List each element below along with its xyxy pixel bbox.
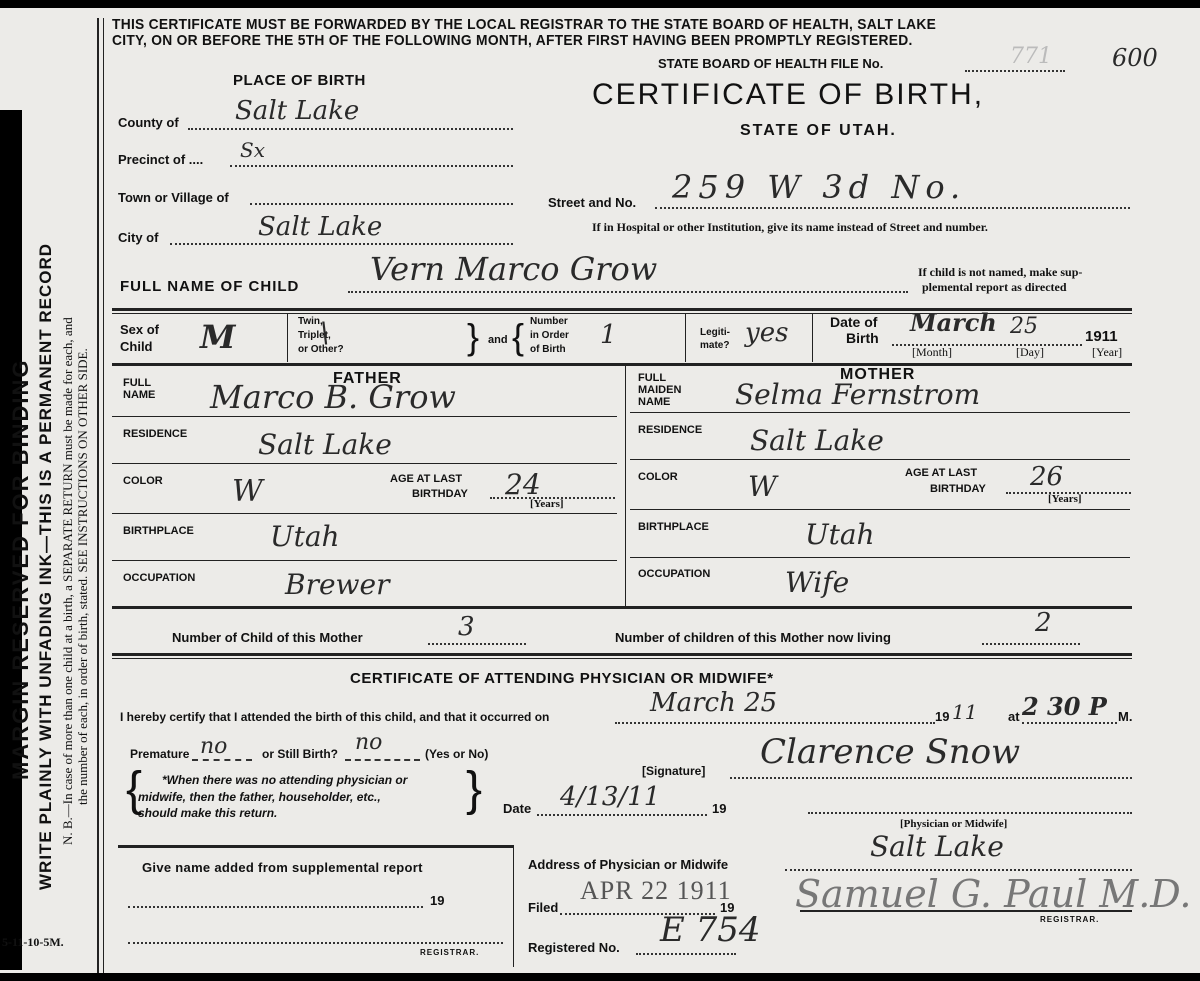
occurred-date-line (615, 722, 935, 724)
child-name-label: FULL NAME OF CHILD (120, 278, 299, 295)
address-line (785, 869, 1132, 871)
father-age-value[interactable]: 24 (505, 468, 541, 501)
supplemental-right-rule (513, 845, 514, 967)
city-line (170, 243, 513, 245)
order-value[interactable]: 1 (600, 320, 617, 350)
living-value[interactable]: 2 (1035, 608, 1052, 638)
forward-notice-line1: THIS CERTIFICATE MUST BE FORWARDED BY TH… (112, 16, 936, 33)
mother-occupation-label: OCCUPATION (638, 568, 710, 580)
nb-note-line1: N. B.—In case of more than one child at … (60, 317, 76, 845)
registrar-signature: Samuel G. Paul M.D. (795, 872, 1191, 916)
sex-value[interactable]: M (200, 318, 235, 356)
rule-sex-bottom (112, 363, 1132, 366)
rule-parents-bottom (112, 606, 1132, 609)
sex-label-2: Child (120, 339, 153, 354)
supplemental-year-prefix: 19 (430, 893, 444, 908)
row-rule (630, 412, 1130, 413)
margin-rule (97, 18, 99, 973)
order-label-2: in Order (530, 330, 569, 341)
mother-color-label: COLOR (638, 471, 678, 483)
premature-line (192, 759, 252, 761)
child-number-value[interactable]: 3 (458, 612, 475, 642)
row-rule (112, 463, 617, 464)
address-label: Address of Physician or Midwife (528, 857, 728, 872)
precinct-value[interactable]: Sx (240, 138, 265, 162)
occurred-year-prefix: 19 (935, 709, 949, 724)
physician-caption: [Physician or Midwife] (900, 818, 1007, 830)
living-label: Number of children of this Mother now li… (615, 630, 891, 645)
father-color-label: COLOR (123, 475, 163, 487)
supplemental-heading: Give name added from supplemental report (142, 860, 423, 875)
physician-heading: CERTIFICATE OF ATTENDING PHYSICIAN OR MI… (350, 670, 774, 687)
place-of-birth-heading: PLACE OF BIRTH (233, 72, 366, 89)
occurred-year-suffix[interactable]: 11 (952, 700, 977, 724)
father-residence-label: RESIDENCE (123, 428, 187, 440)
occurred-date[interactable]: March 25 (650, 688, 777, 718)
divider (287, 314, 288, 362)
dob-year-caption: [Year] (1092, 345, 1122, 360)
address-value[interactable]: Salt Lake (870, 830, 1004, 863)
father-name-label-1: FULL (123, 377, 151, 389)
stillbirth-label: or Still Birth? (262, 747, 338, 761)
row-rule (630, 557, 1130, 558)
signature-label: [Signature] (642, 764, 705, 778)
dob-day[interactable]: 25 (1010, 314, 1038, 339)
brace-right: } (467, 316, 479, 358)
premature-label: Premature (130, 747, 189, 761)
nb-note-line2: the number of each, in order of birth, s… (75, 348, 91, 805)
father-name-label-2: NAME (123, 389, 155, 401)
rule-counts-bottom-2 (112, 658, 1132, 659)
street-value[interactable]: 259 W 3d No. (672, 168, 966, 206)
living-line (982, 643, 1080, 645)
mother-name-label-3: NAME (638, 396, 670, 408)
supplemental-top-rule (118, 845, 513, 848)
mother-age-label-1: AGE AT LAST (905, 467, 977, 479)
registrar-caption: REGISTRAR. (1040, 915, 1099, 924)
supplemental-line-2 (128, 942, 503, 944)
margin-rule-inner (103, 18, 104, 973)
precinct-line (230, 165, 513, 167)
file-no-line (965, 70, 1065, 72)
row-rule (630, 459, 1130, 460)
order-label-3: of Birth (530, 344, 566, 355)
county-value[interactable]: Salt Lake (235, 96, 359, 126)
legit-value[interactable]: yes (745, 318, 788, 348)
father-occupation-value[interactable]: Brewer (285, 568, 389, 601)
mother-occupation-value[interactable]: Wife (785, 566, 849, 599)
street-note: If in Hospital or other Institution, giv… (592, 220, 988, 235)
mother-color-value[interactable]: W (748, 470, 777, 503)
row-rule (112, 513, 617, 514)
signature-line (730, 777, 1132, 779)
mother-age-value[interactable]: 26 (1030, 462, 1063, 492)
registered-label: Registered No. (528, 940, 620, 955)
dob-label-1: Date of (830, 314, 877, 330)
city-label: City of (118, 230, 158, 245)
mother-residence-label: RESIDENCE (638, 424, 702, 436)
mother-birthplace-value[interactable]: Utah (805, 518, 875, 551)
rule-counts-bottom (112, 653, 1132, 656)
child-name-line (348, 291, 908, 293)
file-no-faint: 771 (1010, 44, 1052, 69)
forward-notice-line2: CITY, ON OR BEFORE THE 5TH OF THE FOLLOW… (112, 32, 913, 49)
footnote-brace-right: } (466, 766, 482, 814)
at-label: at (1008, 709, 1020, 724)
not-named-note-1: If child is not named, make sup- (918, 265, 1082, 280)
time-suffix: M. (1118, 709, 1132, 724)
footnote-line-2: midwife, then the father, householder, e… (138, 790, 381, 804)
sex-label-1: Sex of (120, 322, 159, 337)
street-label: Street and No. (548, 195, 636, 210)
father-occupation-label: OCCUPATION (123, 572, 195, 584)
city-value[interactable]: Salt Lake (258, 212, 382, 242)
dob-year[interactable]: 1911 (1085, 328, 1118, 345)
mother-name-label-2: MAIDEN (638, 384, 681, 396)
filed-label: Filed (528, 900, 558, 915)
yes-no-label: (Yes or No) (425, 747, 488, 761)
and-label: and (488, 334, 508, 346)
twin-value[interactable]: \ (320, 316, 329, 349)
filed-stamp: APR 22 1911 (580, 876, 732, 906)
county-label: County of (118, 115, 179, 130)
father-color-value[interactable]: W (232, 474, 263, 509)
order-label-1: Number (530, 316, 568, 327)
mother-name-value[interactable]: Selma Fernstrom (735, 378, 980, 411)
child-number-label: Number of Child of this Mother (172, 630, 363, 645)
stillbirth-line (345, 759, 420, 761)
mother-age-caption: [Years] (1048, 493, 1082, 505)
dob-month[interactable]: March (910, 308, 997, 337)
margin-reserved-text: MARGIN RESERVED FOR BINDING (8, 358, 34, 780)
father-age-label-1: AGE AT LAST (390, 473, 462, 485)
file-no-label: STATE BOARD OF HEALTH FILE No. (658, 56, 883, 71)
mother-name-label-1: FULL (638, 372, 666, 384)
precinct-label: Precinct of .... (118, 152, 203, 167)
certify-text: I hereby certify that I attended the bir… (120, 710, 549, 724)
write-plainly-text: WRITE PLAINLY WITH UNFADING INK—THIS IS … (36, 243, 56, 890)
father-birthplace-label: BIRTHPLACE (123, 525, 194, 537)
date-year-prefix: 19 (712, 801, 726, 816)
legit-label-1: Legiti- (700, 327, 730, 338)
child-name-value[interactable]: Vern Marco Grow (370, 250, 657, 288)
row-rule (112, 560, 617, 561)
certificate-title: CERTIFICATE OF BIRTH, (592, 78, 984, 112)
father-birthplace-value[interactable]: Utah (270, 520, 340, 553)
time-line (1022, 722, 1117, 724)
dob-day-caption: [Day] (1016, 345, 1044, 360)
father-age-caption: [Years] (530, 498, 564, 510)
dob-label-2: Birth (846, 330, 879, 346)
father-residence-value[interactable]: Salt Lake (258, 428, 392, 461)
county-line (188, 128, 513, 130)
premature-value[interactable]: no (200, 734, 227, 759)
date-line (537, 814, 707, 816)
stillbirth-value[interactable]: no (355, 730, 382, 755)
divider (812, 314, 813, 362)
mother-residence-value[interactable]: Salt Lake (750, 424, 884, 457)
father-name-value[interactable]: Marco B. Grow (210, 378, 456, 416)
form-code: 5-11-10-5M. (2, 935, 64, 950)
registered-value[interactable]: E 754 (660, 910, 761, 950)
date-label: Date (503, 801, 531, 816)
footnote-line-1: *When there was no attending physician o… (162, 773, 407, 787)
supplemental-registrar-caption: REGISTRAR. (420, 948, 479, 957)
dob-month-caption: [Month] (912, 345, 952, 360)
physician-line (808, 812, 1132, 814)
row-rule (112, 416, 617, 417)
supplemental-line-1 (128, 906, 423, 908)
legit-label-2: mate? (700, 340, 729, 351)
mother-birthplace-label: BIRTHPLACE (638, 521, 709, 533)
mother-age-label-2: BIRTHDAY (930, 483, 986, 495)
file-no-value: 600 (1112, 44, 1158, 72)
town-label: Town or Village of (118, 190, 229, 205)
registered-line (636, 953, 736, 955)
parents-divider (625, 366, 626, 606)
child-number-line (428, 643, 526, 645)
street-line (655, 207, 1130, 209)
brace-left: { (512, 316, 524, 358)
certificate-subtitle: STATE OF UTAH. (740, 122, 897, 140)
divider (685, 314, 686, 362)
row-rule (630, 509, 1130, 510)
signature-value[interactable]: Clarence Snow (760, 732, 1020, 772)
time-value[interactable]: 2 30 P (1022, 692, 1107, 721)
footnote-line-3: should make this return. (138, 806, 277, 820)
town-line (250, 203, 513, 205)
not-named-note-2: plemental report as directed (922, 280, 1067, 295)
father-age-label-2: BIRTHDAY (412, 488, 468, 500)
date-value[interactable]: 4/13/11 (560, 782, 660, 812)
